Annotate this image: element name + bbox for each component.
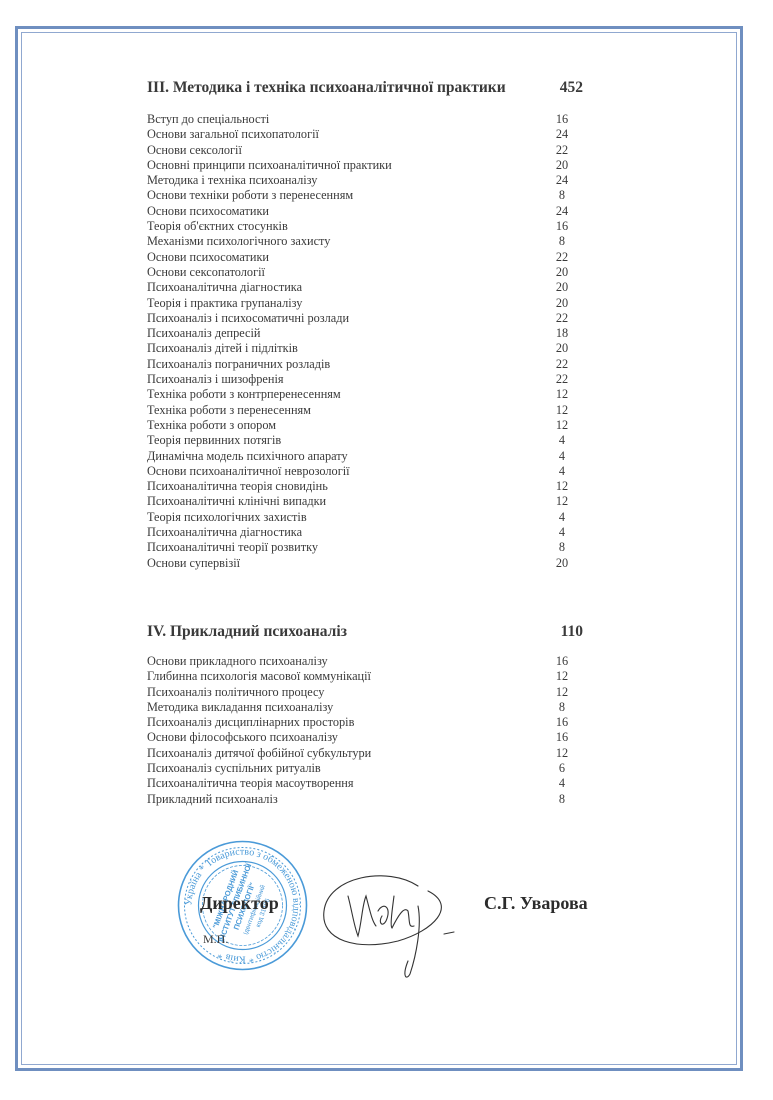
list-item: Психоаналіз дисциплінарних просторів16 [147, 715, 577, 730]
course-name: Психоаналіз політичного процесу [147, 685, 324, 699]
course-name: Основи психосоматики [147, 250, 269, 264]
list-item: Методика і техніка психоаналізу24 [147, 173, 577, 188]
course-hours: 16 [547, 730, 577, 745]
course-hours: 6 [547, 761, 577, 776]
list-item: Техніка роботи з перенесенням12 [147, 403, 577, 418]
course-hours: 22 [547, 357, 577, 372]
list-item: Теорія психологічних захистів4 [147, 510, 577, 525]
course-hours: 18 [547, 326, 577, 341]
list-item: Основи техніки роботи з перенесенням8 [147, 188, 577, 203]
signature-icon [318, 866, 458, 986]
list-item: Основи загальної психопатології24 [147, 127, 577, 142]
course-hours: 12 [547, 746, 577, 761]
course-hours: 12 [547, 387, 577, 402]
course-hours: 22 [547, 143, 577, 158]
course-hours: 12 [547, 685, 577, 700]
course-name: Теорія об'єктних стосунків [147, 219, 288, 233]
list-item: Психоаналітичні клінічні випадки12 [147, 494, 577, 509]
course-hours: 16 [547, 112, 577, 127]
list-item: Основи філософського психоаналізу16 [147, 730, 577, 745]
list-item: Психоаналіз дитячої фобійної субкультури… [147, 746, 577, 761]
list-item: Основи супервізії20 [147, 556, 577, 571]
course-name: Теорія і практика групаналізу [147, 296, 302, 310]
course-name: Психоаналіз дисциплінарних просторів [147, 715, 354, 729]
course-hours: 12 [547, 479, 577, 494]
course-name: Основи прикладного психоаналізу [147, 654, 328, 668]
list-item: Техніка роботи з опором12 [147, 418, 577, 433]
course-hours: 8 [547, 540, 577, 555]
list-item: Психоаналіз і шизофренія22 [147, 372, 577, 387]
course-name: Основи сексопатології [147, 265, 265, 279]
course-name: Глибинна психологія масової коммунікації [147, 669, 371, 683]
list-item: Теорія об'єктних стосунків16 [147, 219, 577, 234]
course-name: Психоаналітичні клінічні випадки [147, 494, 326, 508]
course-name: Психоаналітичні теорії розвитку [147, 540, 318, 554]
course-hours: 12 [547, 494, 577, 509]
list-item: Теорія і практика групаналізу20 [147, 296, 577, 311]
course-hours: 8 [547, 188, 577, 203]
list-item: Глибинна психологія масової коммунікації… [147, 669, 577, 684]
course-hours: 16 [547, 715, 577, 730]
course-name: Психоаналіз дитячої фобійної субкультури [147, 746, 371, 760]
list-item: Основні принципи психоаналітичної практи… [147, 158, 577, 173]
course-name: Механізми психологічного захисту [147, 234, 330, 248]
course-name: Психоаналітична діагностика [147, 525, 302, 539]
list-item: Психоаналітичні теорії розвитку8 [147, 540, 577, 555]
course-name: Психоаналіз і шизофренія [147, 372, 284, 386]
course-name: Вступ до спеціальності [147, 112, 269, 126]
list-item: Методика викладання психоаналізу8 [147, 700, 577, 715]
course-hours: 4 [547, 449, 577, 464]
course-hours: 20 [547, 556, 577, 571]
course-name: Психоаналіз дітей і підлітків [147, 341, 298, 355]
course-hours: 4 [547, 464, 577, 479]
course-name: Психоаналітична теорія сновидінь [147, 479, 328, 493]
course-hours: 24 [547, 173, 577, 188]
course-hours: 16 [547, 219, 577, 234]
course-name: Основи супервізії [147, 556, 240, 570]
course-hours: 20 [547, 341, 577, 356]
course-name: Основні принципи психоаналітичної практи… [147, 158, 392, 172]
course-hours: 4 [547, 433, 577, 448]
course-hours: 12 [547, 403, 577, 418]
course-hours: 24 [547, 204, 577, 219]
section-4-total: 110 [561, 623, 583, 641]
list-item: Психоаналіз і психосоматичні розлади22 [147, 311, 577, 326]
course-hours: 24 [547, 127, 577, 142]
course-hours: 22 [547, 250, 577, 265]
director-name: С.Г. Уварова [484, 893, 588, 914]
list-item: Техніка роботи з контрперенесенням12 [147, 387, 577, 402]
list-item: Психоаналітична теорія сновидінь12 [147, 479, 577, 494]
course-name: Теорія психологічних захистів [147, 510, 307, 524]
section-4-title: IV. Прикладний психоаналіз 110 [147, 623, 583, 641]
course-name: Психоаналіз пограничних розладів [147, 357, 330, 371]
course-hours: 12 [547, 418, 577, 433]
list-item: Психоаналіз суспільних ритуалів6 [147, 761, 577, 776]
course-name: Техніка роботи з опором [147, 418, 276, 432]
section-3-items: Вступ до спеціальності16Основи загальної… [147, 112, 577, 571]
course-name: Психоаналітична теорія масоутворення [147, 776, 354, 790]
seal-label: М.П. [203, 932, 228, 947]
list-item: Прикладний психоаналіз8 [147, 792, 577, 807]
course-name: Психоаналіз суспільних ритуалів [147, 761, 321, 775]
course-hours: 8 [547, 792, 577, 807]
course-name: Психоаналіз депресій [147, 326, 261, 340]
course-hours: 8 [547, 700, 577, 715]
course-hours: 4 [547, 510, 577, 525]
list-item: Вступ до спеціальності16 [147, 112, 577, 127]
course-name: Техніка роботи з контрперенесенням [147, 387, 341, 401]
course-name: Техніка роботи з перенесенням [147, 403, 311, 417]
course-name: Методика викладання психоаналізу [147, 700, 333, 714]
course-name: Прикладний психоаналіз [147, 792, 278, 806]
list-item: Теорія первинних потягів4 [147, 433, 577, 448]
list-item: Психоаналітична діагностика20 [147, 280, 577, 295]
course-name: Психоаналітична діагностика [147, 280, 302, 294]
list-item: Основи психоаналітичної неврозології4 [147, 464, 577, 479]
list-item: Психоаналітична діагностика4 [147, 525, 577, 540]
course-hours: 22 [547, 372, 577, 387]
course-hours: 4 [547, 525, 577, 540]
course-name: Основи психосоматики [147, 204, 269, 218]
section-3-title-text: III. Методика і техніка психоаналітичної… [147, 79, 506, 96]
list-item: Основи психосоматики24 [147, 204, 577, 219]
course-hours: 22 [547, 311, 577, 326]
list-item: Психоаналіз політичного процесу12 [147, 685, 577, 700]
list-item: Динамічна модель психічного апарату4 [147, 449, 577, 464]
director-title: Директор [200, 893, 279, 914]
list-item: Основи прикладного психоаналізу16 [147, 654, 577, 669]
section-3-total: 452 [560, 79, 583, 97]
section-4-title-text: IV. Прикладний психоаналіз [147, 623, 347, 640]
section-4-items: Основи прикладного психоаналізу16Глибинн… [147, 654, 577, 807]
course-hours: 20 [547, 296, 577, 311]
course-hours: 16 [547, 654, 577, 669]
list-item: Основи психосоматики22 [147, 250, 577, 265]
section-3-title: III. Методика і техніка психоаналітичної… [147, 79, 583, 97]
course-name: Основи філософського психоаналізу [147, 730, 338, 744]
course-name: Психоаналіз і психосоматичні розлади [147, 311, 349, 325]
course-name: Основи загальної психопатології [147, 127, 319, 141]
course-name: Основи техніки роботи з перенесенням [147, 188, 353, 202]
list-item: Психоаналіз пограничних розладів22 [147, 357, 577, 372]
course-name: Динамічна модель психічного апарату [147, 449, 348, 463]
course-name: Методика і техніка психоаналізу [147, 173, 317, 187]
list-item: Психоаналіз депресій18 [147, 326, 577, 341]
course-hours: 20 [547, 280, 577, 295]
course-hours: 4 [547, 776, 577, 791]
course-name: Основи сексології [147, 143, 242, 157]
list-item: Психоаналітична теорія масоутворення4 [147, 776, 577, 791]
course-hours: 12 [547, 669, 577, 684]
list-item: Основи сексології22 [147, 143, 577, 158]
course-hours: 8 [547, 234, 577, 249]
course-name: Теорія первинних потягів [147, 433, 281, 447]
list-item: Механізми психологічного захисту8 [147, 234, 577, 249]
course-hours: 20 [547, 265, 577, 280]
course-hours: 20 [547, 158, 577, 173]
list-item: Основи сексопатології20 [147, 265, 577, 280]
course-name: Основи психоаналітичної неврозології [147, 464, 350, 478]
list-item: Психоаналіз дітей і підлітків20 [147, 341, 577, 356]
